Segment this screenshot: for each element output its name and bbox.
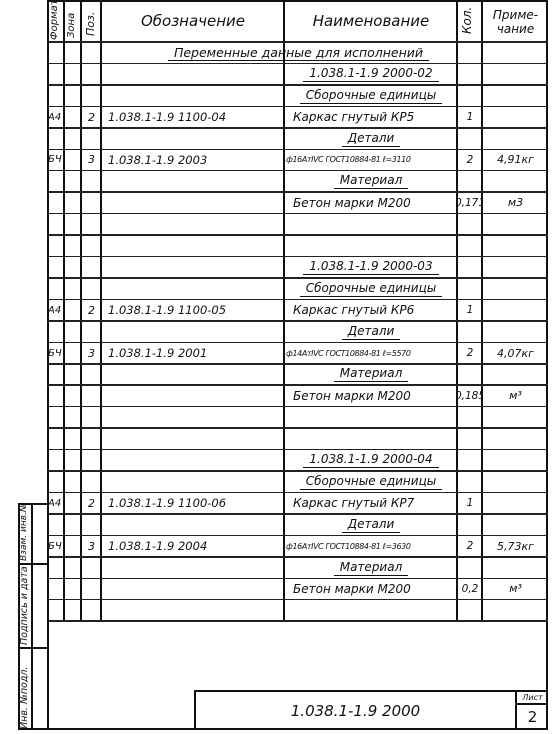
cell-format-text: А4 [48,305,61,316]
cell-designation [102,235,290,256]
cell-note [483,85,548,106]
cell-qty [458,471,482,492]
cell-name-text: ф16АтIVС ГОСТ10884-81 ℓ=3110 [286,155,411,164]
cell-pos [82,600,101,621]
cell-designation [102,450,290,471]
cell-format-text: А4 [48,498,61,509]
cell-designation: 1.038.1-1.9 1100-04 [102,106,290,127]
header-note-line2: чание [497,22,534,36]
cell-qty [458,557,482,578]
cell-zone [65,364,81,385]
cell-designation [102,364,290,385]
cell-pos-text: 3 [88,347,95,360]
cell-note [483,514,548,535]
cell-designation-text: 1.038.1-1.9 2001 [108,346,207,360]
cell-zone [65,299,81,320]
cell-designation [102,128,290,149]
cell-format: БЧ [48,149,64,170]
cell-note-text: м³ [509,389,522,402]
cell-note: 5,73кг [483,535,548,556]
cell-qty: 1 [458,299,482,320]
cell-note: 4,07кг [483,342,548,363]
cell-format: А4 [48,299,64,320]
cell-format [48,214,64,235]
cell-note [483,106,548,127]
cell-format [48,63,64,84]
cell-pos [82,471,101,492]
cell-name-text: Сборочные единицы [300,281,442,297]
cell-qty: 0,171 [458,192,482,213]
cell-name: Материал [285,364,457,385]
cell-note-text: 4,07кг [497,347,534,360]
cell-designation: 1.038.1-1.9 1100-05 [102,299,290,320]
cell-qty-text: 1 [467,497,474,509]
cell-name-text: Материал [334,560,409,576]
cell-qty [458,257,482,278]
cell-designation [102,578,290,599]
cell-designation [102,514,290,535]
cell-qty [458,407,482,428]
cell-designation [102,385,290,406]
cell-qty-text: 0,185 [458,390,482,402]
cell-zone [65,257,81,278]
cell-pos-text: 2 [88,304,95,317]
cell-zone [65,192,81,213]
cell-designation [102,63,290,84]
cell-name: ф16АтIVС ГОСТ10884-81 ℓ=3630 [285,535,458,556]
cell-pos [82,235,101,256]
cell-qty [458,600,482,621]
cell-format [48,600,64,621]
cell-format [48,557,64,578]
cell-pos [82,578,101,599]
cell-format-text: БЧ [48,348,62,359]
cell-name: Материал [285,557,457,578]
cell-format [48,471,64,492]
cell-pos [82,385,101,406]
cell-note [483,450,548,471]
cell-designation [102,321,290,342]
cell-designation [102,171,290,192]
cell-pos: 3 [82,535,101,556]
cell-zone [65,428,81,449]
cell-zone [65,557,81,578]
cell-qty: 2 [458,342,482,363]
cell-zone [65,471,81,492]
cell-note-text: 4,91кг [497,153,534,166]
cell-note [483,471,548,492]
cell-zone [65,385,81,406]
cell-format: БЧ [48,535,64,556]
cell-format [48,385,64,406]
cell-note [483,492,548,513]
cell-name-text: Бетон марки М200 [293,389,411,403]
cell-designation-text: 1.038.1-1.9 1100-06 [108,496,226,510]
cell-name-text: Материал [334,366,409,382]
cell-zone [65,578,81,599]
cell-pos [82,321,101,342]
cell-name: Детали [285,321,457,342]
cell-qty-text: 2 [467,540,474,552]
cell-format [48,407,64,428]
cell-qty [458,364,482,385]
cell-note: м³ [483,578,548,599]
cell-note [483,600,548,621]
cell-pos: 3 [82,342,101,363]
cell-designation-text: 1.038.1-1.9 2003 [108,153,207,167]
cell-designation [102,85,290,106]
cell-designation [102,471,290,492]
cell-pos [82,450,101,471]
cell-name-text: 1.038.1-1.9 2000-02 [303,66,438,82]
cell-qty-text: 1 [467,111,474,123]
cell-pos [82,42,101,63]
cell-name-text: Сборочные единицы [300,474,442,490]
cell-qty-text: 2 [467,347,474,359]
header-note-line1: Приме- [493,8,538,22]
cell-name-text: ф16АтIVС ГОСТ10884-81 ℓ=3630 [286,542,411,551]
cell-format [48,257,64,278]
cell-format [48,171,64,192]
cell-qty [458,85,482,106]
cell-format: БЧ [48,342,64,363]
cell-zone [65,149,81,170]
cell-qty [458,214,482,235]
cell-note [483,407,548,428]
cell-zone [65,63,81,84]
cell-name-text: ф14АтIVС ГОСТ10884-81 ℓ=5570 [286,349,411,358]
cell-qty-text: 1 [467,304,474,316]
cell-name-text: Каркас гнутый КР5 [293,110,414,124]
cell-designation-text: 1.038.1-1.9 1100-04 [108,110,226,124]
cell-qty [458,42,482,63]
cell-note [483,214,548,235]
cell-format [48,321,64,342]
cell-zone [65,42,81,63]
cell-name-text: Детали [342,131,401,147]
cell-note [483,278,548,299]
cell-qty: 2 [458,149,482,170]
cell-name [285,214,465,235]
side-strip-vdivider [31,503,33,730]
cell-pos-text: 3 [88,153,95,166]
cell-zone [65,214,81,235]
cell-qty [458,128,482,149]
cell-name-text: 1.038.1-1.9 2000-04 [303,452,438,468]
cell-name-text: Бетон марки М200 [293,582,411,596]
cell-pos-text: 3 [88,540,95,553]
cell-zone [65,535,81,556]
cell-name: Сборочные единицы [285,471,457,492]
header-format: Формат [49,0,60,40]
cell-format [48,514,64,535]
header-designation: Обозначение [102,0,284,42]
cell-designation [102,407,290,428]
cell-format [48,192,64,213]
cell-name: Каркас гнутый КР6 [285,299,465,320]
cell-name-text: Сборочные единицы [300,88,442,104]
cell-format [48,85,64,106]
cell-note [483,321,548,342]
cell-name: Детали [285,128,457,149]
cell-qty-text: 0,171 [458,197,482,209]
side-inv-orig: Инв. №подл. [19,666,30,729]
cell-name: Каркас гнутый КР7 [285,492,465,513]
cell-note [483,171,548,192]
cell-note [483,235,548,256]
cell-name-text: Каркас гнутый КР6 [293,303,414,317]
cell-zone [65,278,81,299]
cell-designation: 1.038.1-1.9 1100-06 [102,492,290,513]
cell-name: 1.038.1-1.9 2000-04 [285,450,457,471]
cell-name: Бетон марки М200 [285,385,465,406]
cell-name [285,428,465,449]
cell-name: Материал [285,171,457,192]
cell-pos [82,128,101,149]
cell-name: Детали [285,514,457,535]
cell-format [48,235,64,256]
cell-format [48,578,64,599]
stamp-sheet-number: 2 [517,704,548,730]
cell-note-text: м³ [509,582,522,595]
cell-designation [102,192,290,213]
cell-designation [102,428,290,449]
header-name: Наименование [285,0,457,42]
cell-format [48,428,64,449]
cell-name: 1.038.1-1.9 2000-02 [285,63,457,84]
cell-note [483,128,548,149]
cell-pos [82,514,101,535]
cell-name: ф16АтIVС ГОСТ10884-81 ℓ=3110 [285,149,458,170]
cell-note-text: 5,73кг [497,540,534,553]
cell-pos [82,428,101,449]
cell-name: Бетон марки М200 [285,578,465,599]
cell-pos [82,257,101,278]
side-sign-date: Подпись и дата [19,566,30,645]
cell-zone [65,407,81,428]
header-note: Приме- чание [483,2,548,42]
cell-pos-text: 2 [88,497,95,510]
cell-pos: 2 [82,299,101,320]
side-inv-dup: Взам. инв.№ [19,503,29,561]
cell-name: Переменные данные для исполнений [140,42,457,63]
cell-format-text: БЧ [48,541,62,552]
cell-name: Бетон марки М200 [285,192,465,213]
cell-name-text: Каркас гнутый КР7 [293,496,414,510]
cell-qty [458,278,482,299]
cell-note [483,364,548,385]
cell-designation [102,278,290,299]
cell-qty-text: 0,2 [462,583,479,595]
cell-designation-text: 1.038.1-1.9 1100-05 [108,303,226,317]
cell-pos [82,171,101,192]
cell-designation: 1.038.1-1.9 2003 [102,149,290,170]
cell-pos: 3 [82,149,101,170]
cell-pos [82,407,101,428]
cell-name-text: Детали [342,517,401,533]
cell-designation [102,214,290,235]
cell-format [48,450,64,471]
cell-qty-text: 2 [467,154,474,166]
stamp-sheet-label: Лист [517,691,548,703]
cell-designation [102,557,290,578]
cell-qty [458,235,482,256]
cell-qty: 2 [458,535,482,556]
cell-note: м3 [483,192,548,213]
cell-name-text: Детали [342,324,401,340]
cell-name-text: 1.038.1-1.9 2000-03 [303,259,438,275]
header-zone: Зона [66,13,77,38]
cell-pos [82,63,101,84]
cell-pos [82,214,101,235]
cell-format [48,128,64,149]
cell-format [48,278,64,299]
cell-qty: 1 [458,492,482,513]
cell-name-text: Материал [334,173,409,189]
cell-note: м³ [483,385,548,406]
cell-designation [102,600,290,621]
cell-pos: 2 [82,492,101,513]
cell-zone [65,235,81,256]
cell-name [285,235,465,256]
cell-note: 4,91кг [483,149,548,170]
cell-name: ф14АтIVС ГОСТ10884-81 ℓ=5570 [285,342,458,363]
cell-zone [65,492,81,513]
cell-pos [82,364,101,385]
cell-zone [65,600,81,621]
cell-name: Каркас гнутый КР5 [285,106,465,127]
cell-qty [458,171,482,192]
cell-designation: 1.038.1-1.9 2004 [102,535,290,556]
cell-format [48,42,64,63]
cell-note [483,257,548,278]
cell-format-text: БЧ [48,154,62,165]
cell-zone [65,321,81,342]
cell-name-text: Бетон марки М200 [293,196,411,210]
cell-qty [458,450,482,471]
cell-qty [458,321,482,342]
cell-pos-text: 2 [88,111,95,124]
cell-qty: 0,2 [458,578,482,599]
cell-qty [458,428,482,449]
cell-name: Сборочные единицы [285,278,457,299]
cell-note [483,557,548,578]
cell-designation-text: 1.038.1-1.9 2004 [108,539,207,553]
cell-zone [65,342,81,363]
cell-note [483,299,548,320]
cell-note [483,63,548,84]
cell-zone [65,85,81,106]
cell-pos [82,192,101,213]
cell-zone [65,450,81,471]
cell-zone [65,106,81,127]
cell-format [48,364,64,385]
cell-designation [102,257,290,278]
cell-name: Сборочные единицы [285,85,457,106]
cell-note-text: м3 [508,196,523,209]
cell-qty [458,63,482,84]
cell-name: 1.038.1-1.9 2000-03 [285,257,457,278]
cell-pos [82,557,101,578]
cell-note [483,428,548,449]
stamp-document-code: 1.038.1-1.9 2000 [196,692,515,730]
header-qty: Кол. [460,7,474,34]
cell-zone [65,514,81,535]
header-pos: Поз. [84,12,97,36]
cell-pos [82,278,101,299]
cell-designation: 1.038.1-1.9 2001 [102,342,290,363]
cell-pos [82,85,101,106]
cell-pos: 2 [82,106,101,127]
side-strip-hdivider-1 [18,563,49,565]
side-strip-hdivider-2 [18,647,49,649]
cell-name [285,407,465,428]
cell-name [285,600,465,621]
cell-qty: 1 [458,106,482,127]
cell-zone [65,171,81,192]
cell-name-text: Переменные данные для исполнений [168,45,429,61]
cell-format: А4 [48,106,64,127]
cell-format: А4 [48,492,64,513]
cell-note [483,42,548,63]
cell-qty: 0,185 [458,385,482,406]
cell-qty [458,514,482,535]
cell-zone [65,128,81,149]
cell-format-text: А4 [48,112,61,123]
